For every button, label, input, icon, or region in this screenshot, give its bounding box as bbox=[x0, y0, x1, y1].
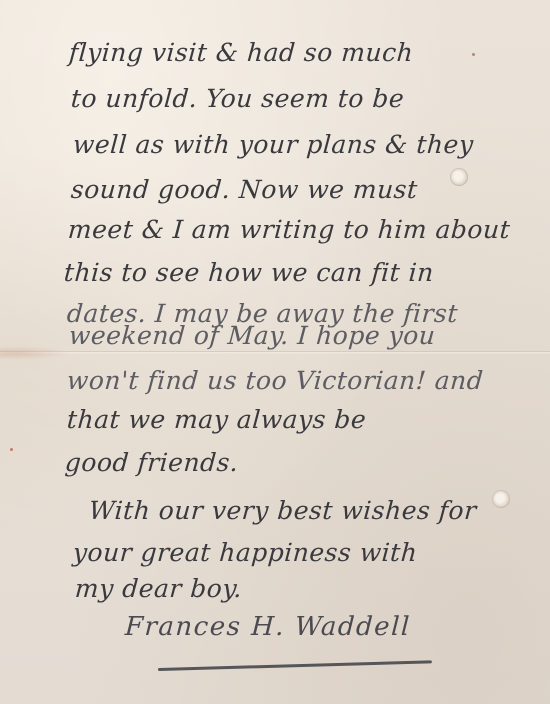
paper-speck bbox=[10, 448, 13, 451]
signature: Frances H. Waddell bbox=[124, 612, 411, 642]
letter-line-10: that we may always be bbox=[66, 405, 367, 434]
letter-line-14: my dear boy. bbox=[74, 574, 243, 603]
letter-line-2: to unfold. You seem to be bbox=[70, 84, 405, 113]
letter-line-1: flying visit & had so much bbox=[68, 38, 414, 67]
fold-crease bbox=[0, 351, 550, 354]
letter-line-9: won't find us too Victorian! and bbox=[66, 366, 484, 395]
letter-line-6: this to see how we can fit in bbox=[63, 258, 435, 287]
fold-stain bbox=[0, 346, 70, 360]
letter-line-12: With our very best wishes for bbox=[88, 496, 478, 525]
letter-line-13: your great happiness with bbox=[72, 538, 418, 567]
pin-hole-lower bbox=[492, 490, 510, 508]
paper-speck bbox=[472, 53, 475, 56]
pin-hole-upper bbox=[450, 168, 468, 186]
letter-line-5: meet & I am writing to him about bbox=[67, 215, 511, 244]
letter-line-11: good friends. bbox=[64, 448, 239, 477]
letter-line-3: well as with your plans & they bbox=[72, 130, 475, 159]
letter-line-4: sound good. Now we must bbox=[70, 175, 419, 204]
signature-underline bbox=[158, 660, 432, 671]
letter-line-8: weekend of May. I hope you bbox=[68, 321, 436, 350]
letter-page: flying visit & had so much to unfold. Yo… bbox=[0, 0, 550, 704]
